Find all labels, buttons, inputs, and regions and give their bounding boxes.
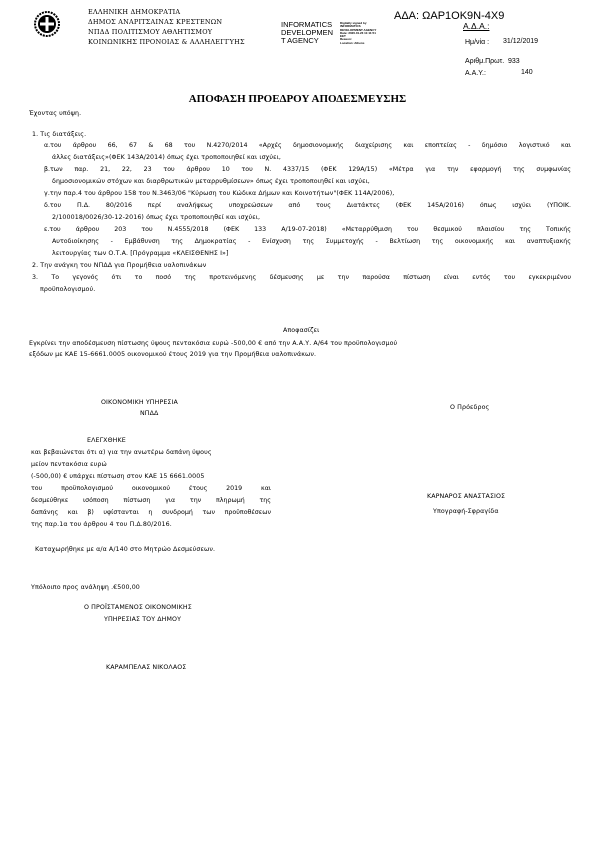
item1-line: Αυτοδιοίκησης - Εμβάθυνση της Δημοκρατία… (52, 238, 571, 245)
check-line: δεσμεύθηκε ισόποση πίστωση για την πληρω… (31, 497, 271, 504)
finance-dept-label: ΟΙΚΟΝΟΜΙΚΗ ΥΠΗΡΕΣΙΑ (101, 399, 178, 406)
check-line: της παρ.1α του άρθρου 4 του Π.Δ.80/2016. (31, 521, 172, 528)
item2-text: 2. Την ανάγκη του ΝΠΔΔ για Προμήθεια υαλ… (32, 262, 206, 269)
item1-line: 2/100018/0026/30-12-2016) όπως έχει τροπ… (52, 214, 260, 221)
head-title-1: Ο ΠΡΟΪΣΤΑΜΕΝΟΣ ΟΙΚΟΝΟΜΙΚΗΣ (84, 604, 192, 611)
page-title: ΑΠΟΦΑΣΗ ΠΡΟΕΔΡΟΥ ΑΠΟΔΕΣΜΕΥΣΗΣ (0, 93, 595, 105)
check-line: του προϋπολογισμού οικονομικού έτους 201… (31, 485, 271, 492)
org-line-4: ΚΟΙΝΩΝΙΚΗΣ ΠΡΟΝΟΙΑΣ & ΑΛΛΗΛΕΓΓΥΗΣ (88, 38, 245, 46)
signature-line: Location: Athens (340, 42, 376, 45)
protocol-value: 933 (508, 58, 520, 65)
signing-agency: INFORMATICS DEVELOPMEN T AGENCY (281, 21, 333, 45)
date-value: 31/12/2019 (503, 38, 538, 45)
digital-signature-info: Digitally signed by INFORMATICS DEVELOPM… (340, 22, 376, 45)
check-line: μείον πεντακόσια ευρώ (31, 461, 107, 468)
item1-line: δ.του Π.Δ. 80/2016 περί αναλήψεως υποχρε… (44, 202, 571, 209)
check-line: δαπάνης και β) υφίστανται η συνδρομή των… (31, 509, 271, 516)
item1-line: γ.την παρ.4 του άρθρου 158 του Ν.3463/06… (44, 190, 394, 197)
item1-line: δημοσιονομικών στόχων και διαρθρωτικών μ… (52, 178, 370, 185)
head-title-2: ΥΠΗΡΕΣΙΑΣ ΤΟΥ ΔΗΜΟΥ (104, 616, 181, 623)
balance-text: Υπόλοιπο προς ανάληψη .€500,00 (31, 584, 140, 591)
sign-stamp-label: Υπογραφή-Σφραγίδα (433, 508, 499, 515)
item3-line: 3. Το γεγονός ότι το ποσό της προτεινόμε… (32, 274, 571, 281)
aay-value: 140 (521, 69, 533, 76)
president-name: ΚΑΡΝΑΡΟΣ ΑΝΑΣΤΑΣΙΟΣ (427, 493, 505, 500)
greek-emblem-icon (34, 11, 60, 37)
check-line: (-500,00) € υπάρχει πίστωση στον ΚΑΕ 15 … (31, 473, 204, 480)
npdd-label: ΝΠΔΔ (140, 410, 158, 417)
org-line-2: ΔΗΜΟΣ ΑΝΑΡΙΤΣΑΙΝΑΣ ΚΡΕΣΤΕΝΩΝ (88, 18, 222, 26)
head-name: ΚΑΡΑΜΠΕΛΑΣ ΝΙΚΟΛΑΟΣ (106, 664, 186, 671)
registered-text: Καταχωρήθηκε με α/α Α/140 στο Μητρώο Δεσ… (35, 546, 215, 553)
item1-line: β.των παρ. 21, 22, 23 του άρθρου 10 του … (44, 166, 571, 173)
item1-line: ε.του άρθρου 203 του Ν.4555/2018 (ΦΕΚ 13… (44, 226, 571, 233)
decides-heading: Αποφασίζει (283, 327, 319, 334)
decision-line: εξόδων με ΚΑΕ 15-6661.0005 οικονομικού έ… (29, 351, 316, 358)
date-label: Ημ/νία : (465, 39, 489, 46)
item1-line: άλλες διατάξεις»(ΦΕΚ 143Α/2014) όπως έχε… (52, 154, 281, 161)
item1-line: λειτουργίας των Ο.Τ.Α. [Πρόγραμμα «ΚΛΕΙΣ… (52, 250, 229, 257)
item1-heading: 1. Τις διατάξεις. (32, 131, 86, 138)
president-title: Ο Πρόεδρος (450, 404, 489, 411)
item3-line: προϋπολογισμού. (40, 286, 95, 293)
considering-text: Έχοντας υπόψη. (29, 110, 81, 117)
protocol-label: Αριθμ.Πρωτ. (465, 58, 504, 65)
decision-line: Εγκρίνει την αποδέσμευση πίστωσης ύψους … (29, 340, 397, 347)
org-line-1: ΕΛΛΗΝΙΚΗ ΔΗΜΟΚΡΑΤΙΑ (88, 8, 180, 16)
check-line: και βεβαιώνεται ότι α) για την ανωτέρω δ… (31, 449, 212, 456)
aay-label: Α.Α.Υ.: (465, 70, 486, 77)
item1-line: α.του άρθρου 66, 67 & 68 του Ν.4270/2014… (44, 142, 571, 149)
org-line-3: ΝΠΔΔ ΠΟΛΙΤΙΣΜΟΥ ΑΘΛΗΤΙΣΜΟΥ (88, 28, 212, 36)
ada-label: Α.Δ.Α.: (463, 21, 489, 31)
checked-heading: ΕΛΕΓΧΘΗΚΕ (87, 437, 126, 444)
agency-line: T AGENCY (281, 37, 333, 45)
